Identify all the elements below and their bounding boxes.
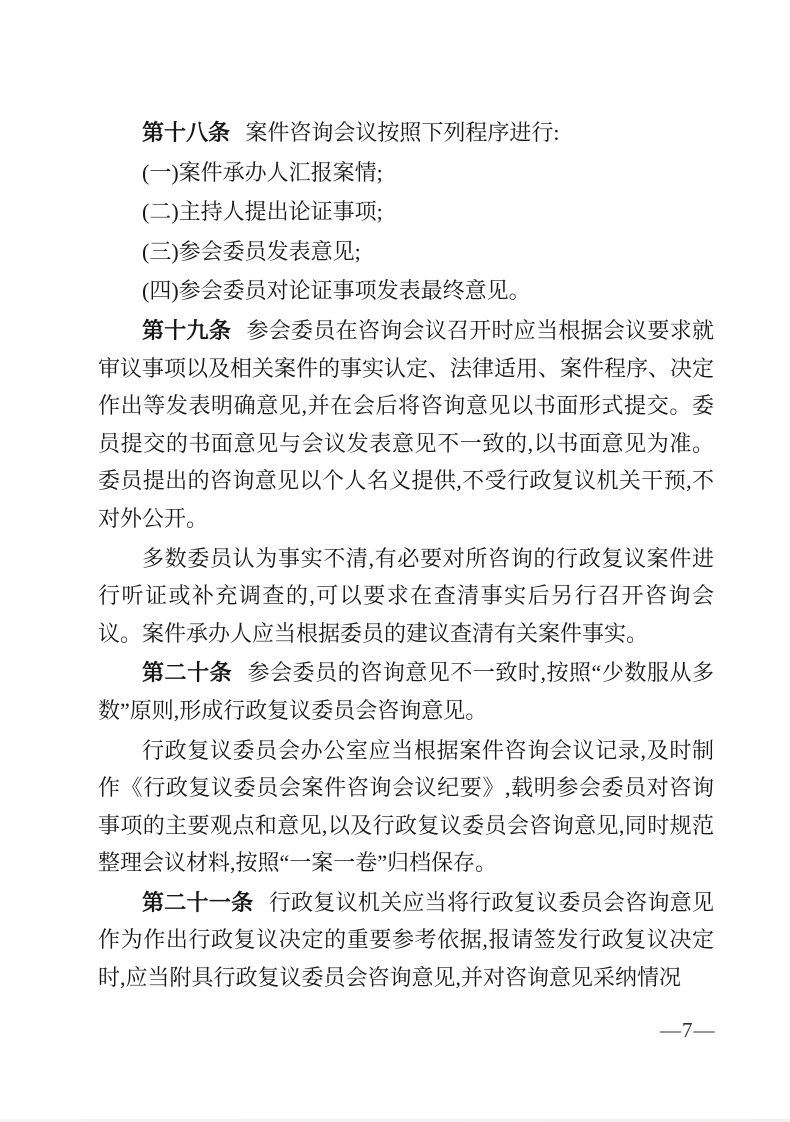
- procedure-list-item-4-text: (四)参会委员对论证事项发表最终意见。: [142, 278, 531, 303]
- document-page: 第十八条案件咨询会议按照下列程序进行: (一)案件承办人汇报案情; (二)主持人…: [0, 0, 790, 1122]
- paragraph-meeting-minutes-text: 行政复议委员会办公室应当根据案件咨询会议记录,及时制作《行政复议委员会案件咨询会…: [98, 738, 714, 876]
- paragraph-meeting-minutes: 行政复议委员会办公室应当根据案件咨询会议记录,及时制作《行政复议委员会案件咨询会…: [98, 732, 714, 882]
- article-21-label: 第二十一条: [142, 890, 253, 915]
- procedure-list-item-2: (二)主持人提出论证事项;: [98, 193, 714, 231]
- procedure-list-item-2-text: (二)主持人提出论证事项;: [142, 199, 383, 224]
- procedure-list-item-4: (四)参会委员对论证事项发表最终意见。: [98, 272, 714, 310]
- procedure-list-item-1-text: (一)案件承办人汇报案情;: [142, 160, 383, 185]
- paragraph-article-18-heading: 第十八条案件咨询会议按照下列程序进行:: [98, 114, 714, 152]
- paragraph-article-20: 第二十条参会委员的咨询意见不一致时,按照“少数服从多数”原则,形成行政复议委员会…: [98, 654, 714, 729]
- procedure-list-item-3-text: (三)参会委员发表意见;: [142, 239, 361, 264]
- paragraph-article-21: 第二十一条行政复议机关应当将行政复议委员会咨询意见作为作出行政复议决定的重要参考…: [98, 884, 714, 997]
- article-20-label: 第二十条: [142, 660, 232, 685]
- paragraph-fact-unclear-text: 多数委员认为事实不清,有必要对所咨询的行政复议案件进行听证或补充调查的,可以要求…: [98, 546, 714, 646]
- procedure-list-item-1: (一)案件承办人汇报案情;: [98, 154, 714, 192]
- paragraph-fact-unclear: 多数委员认为事实不清,有必要对所咨询的行政复议案件进行听证或补充调查的,可以要求…: [98, 540, 714, 653]
- page-number: —7—: [660, 1018, 716, 1043]
- procedure-list-item-3: (三)参会委员发表意见;: [98, 233, 714, 271]
- article-18-text: 案件咨询会议按照下列程序进行:: [245, 120, 559, 145]
- article-18-label: 第十八条: [142, 120, 230, 145]
- article-19-text: 参会委员在咨询会议召开时应当根据会议要求就审议事项以及相关案件的事实认定、法律适…: [98, 318, 714, 531]
- document-body: 第十八条案件咨询会议按照下列程序进行: (一)案件承办人汇报案情; (二)主持人…: [98, 114, 714, 997]
- paragraph-article-19: 第十九条参会委员在咨询会议召开时应当根据会议要求就审议事项以及相关案件的事实认定…: [98, 312, 714, 538]
- article-19-label: 第十九条: [142, 318, 231, 343]
